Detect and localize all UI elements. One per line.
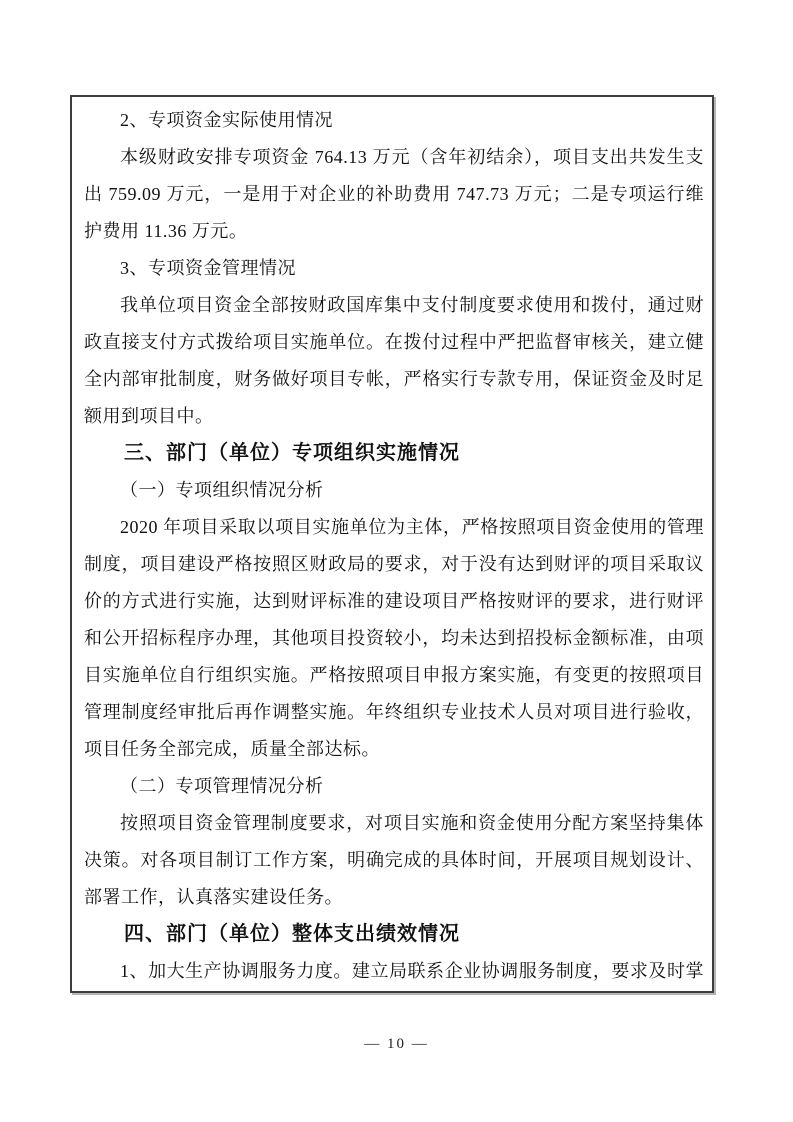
doc-line: 目实施单位自行组织实施。严格按照项目申报方案实施，有变更的按照项目 (84, 657, 704, 694)
document-page: 2、专项资金实际使用情况 本级财政安排专项资金 764.13 万元（含年初结余）… (0, 0, 793, 1122)
doc-line: 本级财政安排专项资金 764.13 万元（含年初结余），项目支出共发生支 (84, 139, 704, 176)
doc-line: 管理制度经审批后再作调整实施。年终组织专业技术人员对项目进行验收， (84, 694, 704, 731)
doc-line: 政直接支付方式拨给项目实施单位。在拨付过程中严把监督审核关，建立健 (84, 324, 704, 361)
doc-line: 1、加大生产协调服务力度。建立局联系企业协调服务制度，要求及时掌 (84, 953, 704, 990)
page-number: — 10 — (0, 1036, 793, 1053)
doc-line: 我单位项目资金全部按财政国库集中支付制度要求使用和拨付，通过财 (84, 287, 704, 324)
subsection-label: （二）专项管理情况分析 (84, 768, 704, 805)
subsection-label: （一）专项组织情况分析 (84, 472, 704, 509)
doc-line: 2020 年项目采取以项目实施单位为主体，严格按照项目资金使用的管理 (84, 509, 704, 546)
doc-line: 和公开招标程序办理，其他项目投资较小，均未达到招投标金额标准，由项 (84, 620, 704, 657)
doc-line: 价的方式进行实施，达到财评标准的建设项目严格按财评的要求，进行财评 (84, 583, 704, 620)
doc-line: 额用到项目中。 (84, 398, 704, 435)
subsection-label: 2、专项资金实际使用情况 (84, 102, 704, 139)
doc-line: 制度，项目建设严格按照区财政局的要求，对于没有达到财评的项目采取议 (84, 546, 704, 583)
doc-line: 部署工作，认真落实建设任务。 (84, 879, 704, 916)
doc-line: 出 759.09 万元，一是用于对企业的补助费用 747.73 万元；二是专项运… (84, 176, 704, 213)
doc-line: 决策。对各项目制订工作方案，明确完成的具体时间，开展项目规划设计、 (84, 842, 704, 879)
doc-line: 全内部审批制度，财务做好项目专帐，严格实行专款专用，保证资金及时足 (84, 361, 704, 398)
doc-line: 项目任务全部完成，质量全部达标。 (84, 731, 704, 768)
subsection-label: 3、专项资金管理情况 (84, 250, 704, 287)
section-heading-3: 三、部门（单位）专项组织实施情况 (84, 435, 704, 472)
doc-line: 按照项目资金管理制度要求，对项目实施和资金使用分配方案坚持集体 (84, 805, 704, 842)
doc-line: 护费用 11.36 万元。 (84, 213, 704, 250)
document-text-cell: 2、专项资金实际使用情况 本级财政安排专项资金 764.13 万元（含年初结余）… (70, 95, 714, 993)
section-heading-4: 四、部门（单位）整体支出绩效情况 (84, 916, 704, 953)
